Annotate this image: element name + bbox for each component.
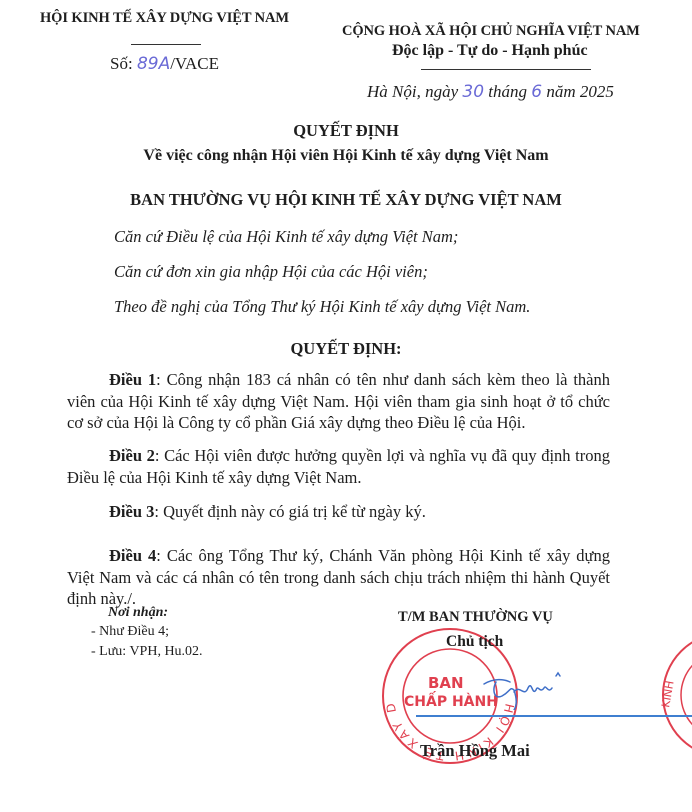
article-label: Điều 2	[109, 446, 155, 465]
partial-seal-icon: KINH	[655, 630, 692, 760]
article-label: Điều 4	[109, 546, 156, 565]
signer-name: Trần Hồng Mai	[420, 741, 530, 761]
legal-basis: Theo đề nghị của Tổng Thư ký Hội Kinh tế…	[114, 297, 530, 317]
organization-name: HỘI KINH TẾ XÂY DỰNG VIỆT NAM	[40, 10, 289, 27]
recipient-item: - Lưu: VPH, Hu.02.	[91, 644, 203, 660]
signature-line	[416, 715, 692, 717]
article-3: Điều 3: Quyết định này có giá trị kể từ …	[67, 501, 610, 523]
article-1: Điều 1: Công nhận 183 cá nhân có tên như…	[67, 369, 610, 434]
date-place: Hà Nội, ngày	[367, 82, 462, 101]
handwritten-signature-icon	[480, 670, 570, 710]
date-line: Hà Nội, ngày 30 tháng 6 năm 2025	[367, 82, 614, 102]
article-2: Điều 2: Các Hội viên được hưởng quyền lợ…	[67, 445, 610, 488]
article-label: Điều 3	[109, 502, 154, 521]
signer-position: Chủ tịch	[446, 633, 503, 651]
date-day: 30	[462, 82, 484, 102]
doc-number-prefix: Số:	[110, 54, 137, 73]
decides-heading: QUYẾT ĐỊNH:	[0, 339, 692, 359]
national-motto: Độc lập - Tự do - Hạnh phúc	[392, 42, 588, 60]
issuing-authority: BAN THƯỜNG VỤ HỘI KINH TẾ XÂY DỰNG VIỆT …	[0, 190, 692, 210]
sign-on-behalf: T/M BAN THƯỜNG VỤ	[398, 609, 553, 626]
svg-text:KINH: KINH	[659, 680, 676, 709]
legal-basis: Căn cứ đơn xin gia nhập Hội của các Hội …	[114, 262, 428, 282]
document-subtitle: Về việc công nhận Hội viên Hội Kinh tế x…	[0, 147, 692, 165]
motto-underline	[421, 69, 591, 70]
article-label: Điều 1	[109, 370, 156, 389]
organization-underline	[131, 44, 201, 45]
date-year: năm 2025	[542, 82, 614, 101]
article-4: Điều 4: Các ông Tổng Thư ký, Chánh Văn p…	[67, 545, 610, 610]
document-number: Số: 89A/VACE	[110, 54, 219, 74]
date-month: 6	[531, 82, 542, 102]
seal-inner-text-1: BAN	[428, 674, 464, 692]
nation-heading: CỘNG HOÀ XÃ HỘI CHỦ NGHĨA VIỆT NAM	[342, 23, 640, 40]
doc-number-suffix: /VACE	[170, 54, 219, 73]
recipient-item: - Như Điều 4;	[91, 624, 169, 640]
legal-basis: Căn cứ Điều lệ của Hội Kinh tế xây dựng …	[114, 227, 458, 247]
recipients-title: Nơi nhận:	[108, 605, 168, 621]
doc-number-handwritten: 89A	[137, 54, 170, 74]
article-text: : Quyết định này có giá trị kể từ ngày k…	[154, 502, 426, 521]
date-month-label: tháng	[484, 82, 531, 101]
document-title: QUYẾT ĐỊNH	[0, 121, 692, 141]
